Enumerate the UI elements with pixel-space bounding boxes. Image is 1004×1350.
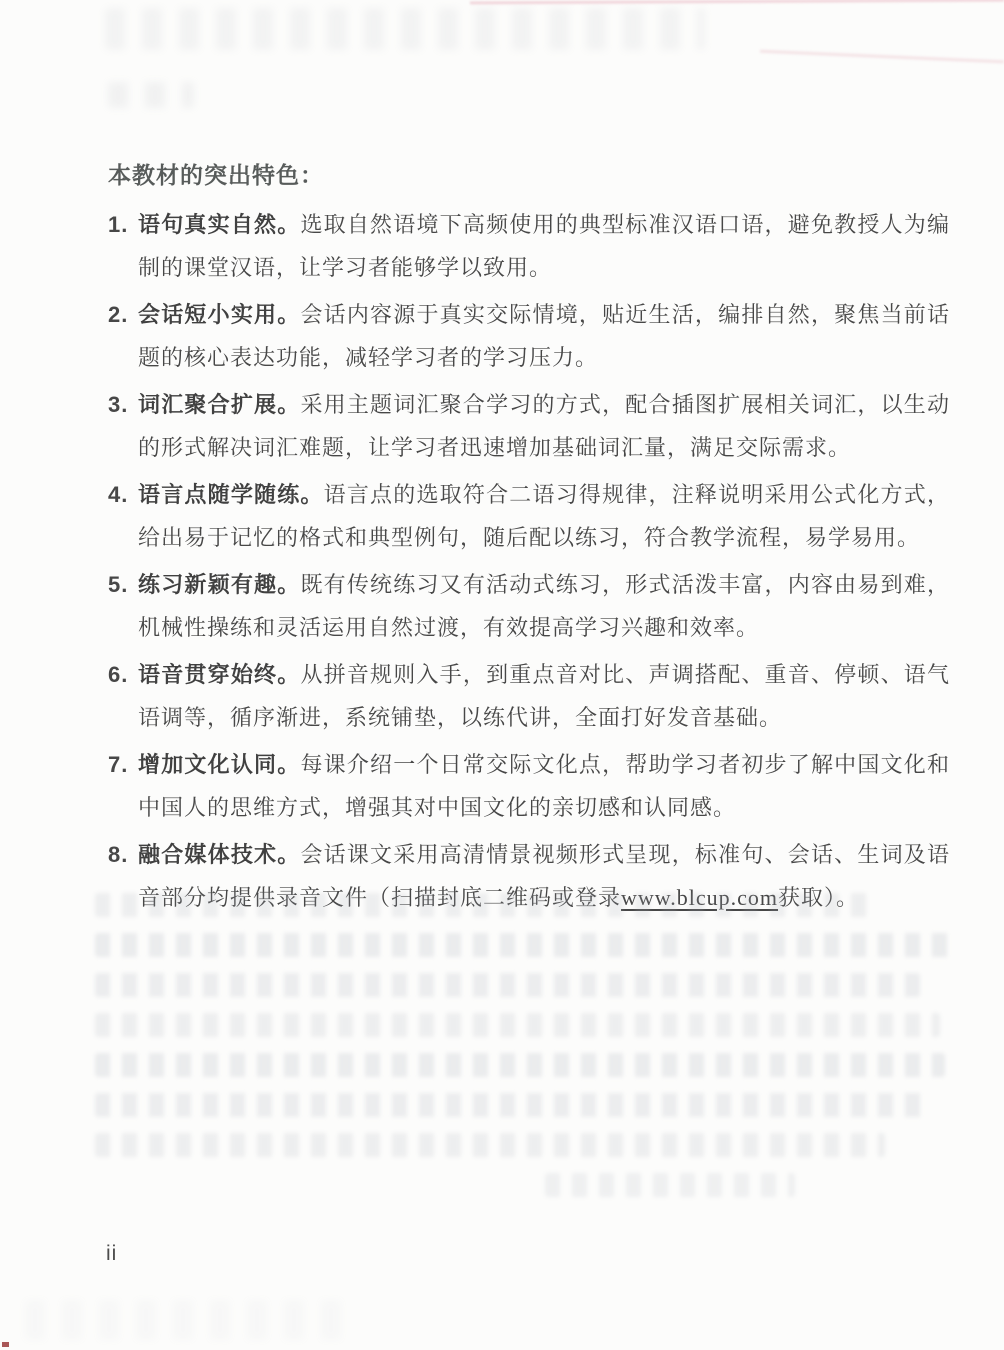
- feature-item-7: 7.增加文化认同。每课介绍一个日常交际文化点，帮助学习者初步了解中国文化和中国人…: [108, 743, 950, 829]
- bleed-through-line: [95, 933, 950, 957]
- feature-item-5: 5.练习新颖有趣。既有传统练习又有活动式练习，形式活泼丰富，内容由易到难，机械性…: [108, 563, 950, 649]
- item-lead: 语音贯穿始终。: [138, 662, 300, 687]
- bleed-through-line: [95, 1093, 930, 1117]
- item-lead: 词汇聚合扩展。: [138, 392, 300, 417]
- item-number: 2.: [108, 293, 128, 336]
- item-number: 3.: [108, 383, 128, 426]
- bleed-through-line: [95, 1053, 945, 1077]
- page-title: 本教材的突出特色：: [108, 160, 950, 190]
- feature-item-3: 3.词汇聚合扩展。采用主题词汇聚合学习的方式，配合插图扩展相关词汇，以生动的形式…: [108, 383, 950, 469]
- feature-item-2: 2.会话短小实用。会话内容源于真实交际情境，贴近生活，编排自然，聚焦当前话题的核…: [108, 293, 950, 379]
- item-lead: 增加文化认同。: [138, 752, 300, 777]
- bleed-through-paragraph: [95, 893, 955, 1213]
- bleed-through-top: [105, 8, 705, 50]
- feature-item-6: 6.语音贯穿始终。从拼音规则入手，到重点音对比、声调搭配、重音、停顿、语气语调等…: [108, 653, 950, 739]
- item-lead: 会话短小实用。: [138, 302, 300, 327]
- bleed-through-line: [95, 1013, 940, 1037]
- item-number: 4.: [108, 473, 128, 516]
- item-lead: 语言点随学随练。: [138, 482, 324, 507]
- scanned-book-page: 本教材的突出特色： 1.语句真实自然。选取自然语境下高频使用的典型标准汉语口语，…: [0, 0, 1004, 1350]
- item-number: 7.: [108, 743, 128, 786]
- item-lead: 融合媒体技术。: [138, 842, 300, 867]
- feature-item-8: 8.融合媒体技术。会话课文采用高清情景视频形式呈现，标准句、会话、生词及语音部分…: [108, 833, 950, 919]
- page-number: ii: [106, 1242, 117, 1266]
- item-lead: 练习新颖有趣。: [138, 572, 300, 597]
- item-lead: 语句真实自然。: [138, 212, 300, 237]
- feature-item-1: 1.语句真实自然。选取自然语境下高频使用的典型标准汉语口语，避免教授人为编制的课…: [108, 203, 950, 289]
- bleed-through-top-small: [108, 82, 194, 108]
- item-number: 1.: [108, 203, 128, 246]
- item-body: 获取）。: [778, 885, 859, 910]
- bleed-through-line: [95, 973, 920, 997]
- blcup-url-text: www.blcup.com: [621, 885, 778, 910]
- item-number: 5.: [108, 563, 128, 606]
- scanner-streak: [760, 50, 1004, 64]
- bleed-through-line: [545, 1173, 795, 1197]
- item-number: 6.: [108, 653, 128, 696]
- feature-list: 1.语句真实自然。选取自然语境下高频使用的典型标准汉语口语，避免教授人为编制的课…: [108, 203, 950, 919]
- scanner-streak: [470, 0, 1004, 4]
- page-content: 本教材的突出特色： 1.语句真实自然。选取自然语境下高频使用的典型标准汉语口语，…: [108, 160, 950, 923]
- bleed-through-line: [95, 1133, 885, 1157]
- bleed-through-bottom: [25, 1300, 345, 1340]
- feature-item-4: 4.语言点随学随练。语言点的选取符合二语习得规律，注释说明采用公式化方式，给出易…: [108, 473, 950, 559]
- scan-speck: [2, 1342, 9, 1347]
- item-number: 8.: [108, 833, 128, 876]
